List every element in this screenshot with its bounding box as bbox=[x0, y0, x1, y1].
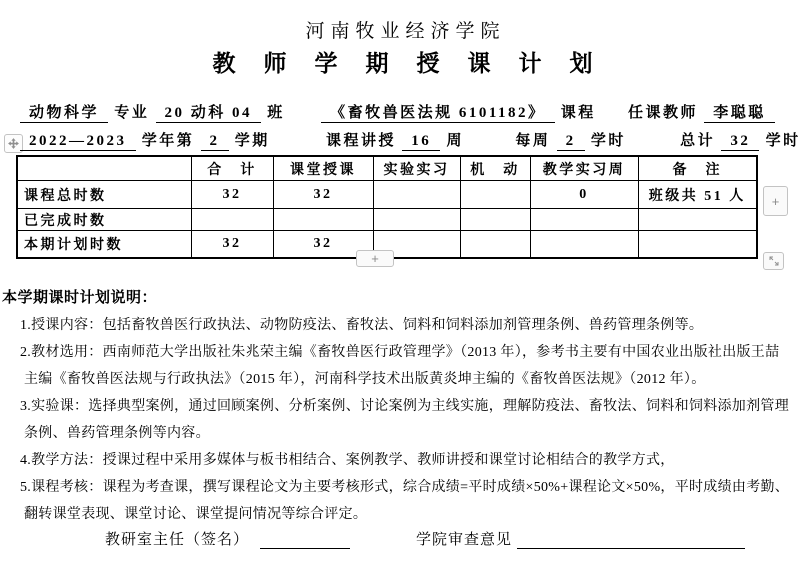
note-item-2: 2.教材选用：西南师范大学出版社朱兆荣主编《畜牧兽医行政管理学》（2013 年）… bbox=[20, 339, 790, 393]
total-unit-label: 学时 bbox=[766, 129, 801, 150]
table-cell[interactable] bbox=[460, 181, 530, 209]
header-flexible[interactable]: 机 动 bbox=[460, 156, 530, 181]
table-cell[interactable] bbox=[460, 209, 530, 231]
table-cell[interactable]: 32 bbox=[191, 181, 273, 209]
table-cell[interactable]: 班级共 51 人 bbox=[638, 181, 757, 209]
table-row: 已完成时数 bbox=[17, 209, 757, 231]
add-column-button[interactable]: + bbox=[763, 186, 788, 216]
course-info-line-1: 动物科学 专业 20 动科 04 班 《畜牧兽医法规 6101182》 课程 任… bbox=[20, 101, 775, 123]
note-item-1: 1.授课内容：包括畜牧兽医行政执法、动物防疫法、畜牧法、饲料和饲料添加剂管理条例… bbox=[20, 312, 790, 339]
school-name: 河南牧业经济学院 bbox=[0, 16, 805, 43]
table-cell[interactable]: 32 bbox=[273, 181, 373, 209]
teacher-field: 李聪聪 bbox=[704, 101, 775, 123]
table-cell[interactable] bbox=[530, 209, 638, 231]
major-label: 专业 bbox=[114, 101, 149, 122]
semester-field: 2 bbox=[201, 133, 229, 151]
class-label: 班 bbox=[267, 101, 285, 122]
director-signature-blank[interactable] bbox=[260, 532, 350, 549]
total-label: 总计 bbox=[680, 129, 715, 150]
course-label: 课程 bbox=[561, 101, 596, 122]
semester-plan-notes: 本学期课时计划说明： 1.授课内容：包括畜牧兽医行政执法、动物防疫法、畜牧法、饲… bbox=[2, 286, 790, 528]
course-info-line-2: 2022—2023 学年第 2 学期 课程讲授 16 周 每周 2 学时 总计 … bbox=[20, 129, 801, 151]
director-signature: 教研室主任（签名） bbox=[105, 528, 350, 549]
plus-icon: + bbox=[371, 251, 379, 266]
total-hours-field: 32 bbox=[721, 133, 759, 151]
college-review: 学院审查意见 bbox=[416, 528, 745, 549]
semester-prefix-label: 学年第 bbox=[142, 129, 195, 150]
class-field: 20 动科 04 bbox=[156, 101, 262, 123]
teacher-label: 任课教师 bbox=[628, 101, 698, 122]
header-empty[interactable] bbox=[17, 156, 191, 181]
header-lecture[interactable]: 课堂授课 bbox=[273, 156, 373, 181]
table-header-row: 合 计 课堂授课 实验实习 机 动 教学实习周 备 注 bbox=[17, 156, 757, 181]
document-page: 河南牧业经济学院 教师学期授课计划 动物科学 专业 20 动科 04 班 《畜牧… bbox=[0, 0, 805, 565]
add-row-button[interactable]: + bbox=[356, 250, 394, 267]
table-row-label[interactable]: 课程总时数 bbox=[17, 181, 191, 209]
weekly-label: 每周 bbox=[515, 129, 550, 150]
lecture-weeks-field: 16 bbox=[402, 133, 440, 151]
weeks-unit-label: 周 bbox=[447, 129, 465, 150]
note-item-5: 5.课程考核：课程为考查课，撰写课程论文为主要考核形式，综合成绩=平时成绩×50… bbox=[20, 474, 790, 528]
table-row-label[interactable]: 本期计划时数 bbox=[17, 231, 191, 259]
director-signature-label: 教研室主任（签名） bbox=[105, 532, 249, 548]
header-remarks[interactable]: 备 注 bbox=[638, 156, 757, 181]
move-icon bbox=[7, 137, 20, 150]
course-field: 《畜牧兽医法规 6101182》 bbox=[321, 101, 554, 123]
table-cell[interactable] bbox=[638, 231, 757, 259]
table-cell[interactable] bbox=[638, 209, 757, 231]
table-cell[interactable]: 0 bbox=[530, 181, 638, 209]
notes-heading: 本学期课时计划说明： bbox=[2, 286, 790, 307]
weekly-hours-field: 2 bbox=[557, 133, 585, 151]
table-cell[interactable] bbox=[191, 209, 273, 231]
college-review-blank[interactable] bbox=[517, 532, 745, 549]
hours-unit-label: 学时 bbox=[591, 129, 626, 150]
semester-suffix-label: 学期 bbox=[235, 129, 270, 150]
note-item-4: 4.教学方法：授课过程中采用多媒体与板书相结合、案例教学、教师讲授和课堂讨论相结… bbox=[20, 447, 790, 474]
table-cell[interactable] bbox=[460, 231, 530, 259]
notes-list: 1.授课内容：包括畜牧兽医行政执法、动物防疫法、畜牧法、饲料和饲料添加剂管理条例… bbox=[2, 312, 790, 528]
table-cell[interactable] bbox=[373, 209, 460, 231]
resize-diagonal-icon bbox=[768, 255, 780, 267]
page-title: 教师学期授课计划 bbox=[0, 45, 805, 78]
header-experiment[interactable]: 实验实习 bbox=[373, 156, 460, 181]
table-cell[interactable] bbox=[273, 209, 373, 231]
academic-year-field: 2022—2023 bbox=[20, 133, 136, 151]
note-item-3: 3.实验课：选择典型案例，通过回顾案例、分析案例、讨论案例为主线实施，理解防疫法… bbox=[20, 393, 790, 447]
table-row-label[interactable]: 已完成时数 bbox=[17, 209, 191, 231]
header-practice-weeks[interactable]: 教学实习周 bbox=[530, 156, 638, 181]
major-field: 动物科学 bbox=[20, 101, 108, 123]
table-row: 课程总时数 32 32 0 班级共 51 人 bbox=[17, 181, 757, 209]
table-cell[interactable]: 32 bbox=[191, 231, 273, 259]
lecture-weeks-label: 课程讲授 bbox=[326, 129, 396, 150]
table-resize-handle[interactable] bbox=[763, 252, 784, 270]
hours-plan-table: 合 计 课堂授课 实验实习 机 动 教学实习周 备 注 课程总时数 32 32 … bbox=[16, 155, 758, 259]
college-review-label: 学院审查意见 bbox=[416, 532, 512, 548]
plus-icon: + bbox=[772, 194, 780, 209]
header-total[interactable]: 合 计 bbox=[191, 156, 273, 181]
table-cell[interactable] bbox=[373, 181, 460, 209]
table-cell[interactable] bbox=[530, 231, 638, 259]
